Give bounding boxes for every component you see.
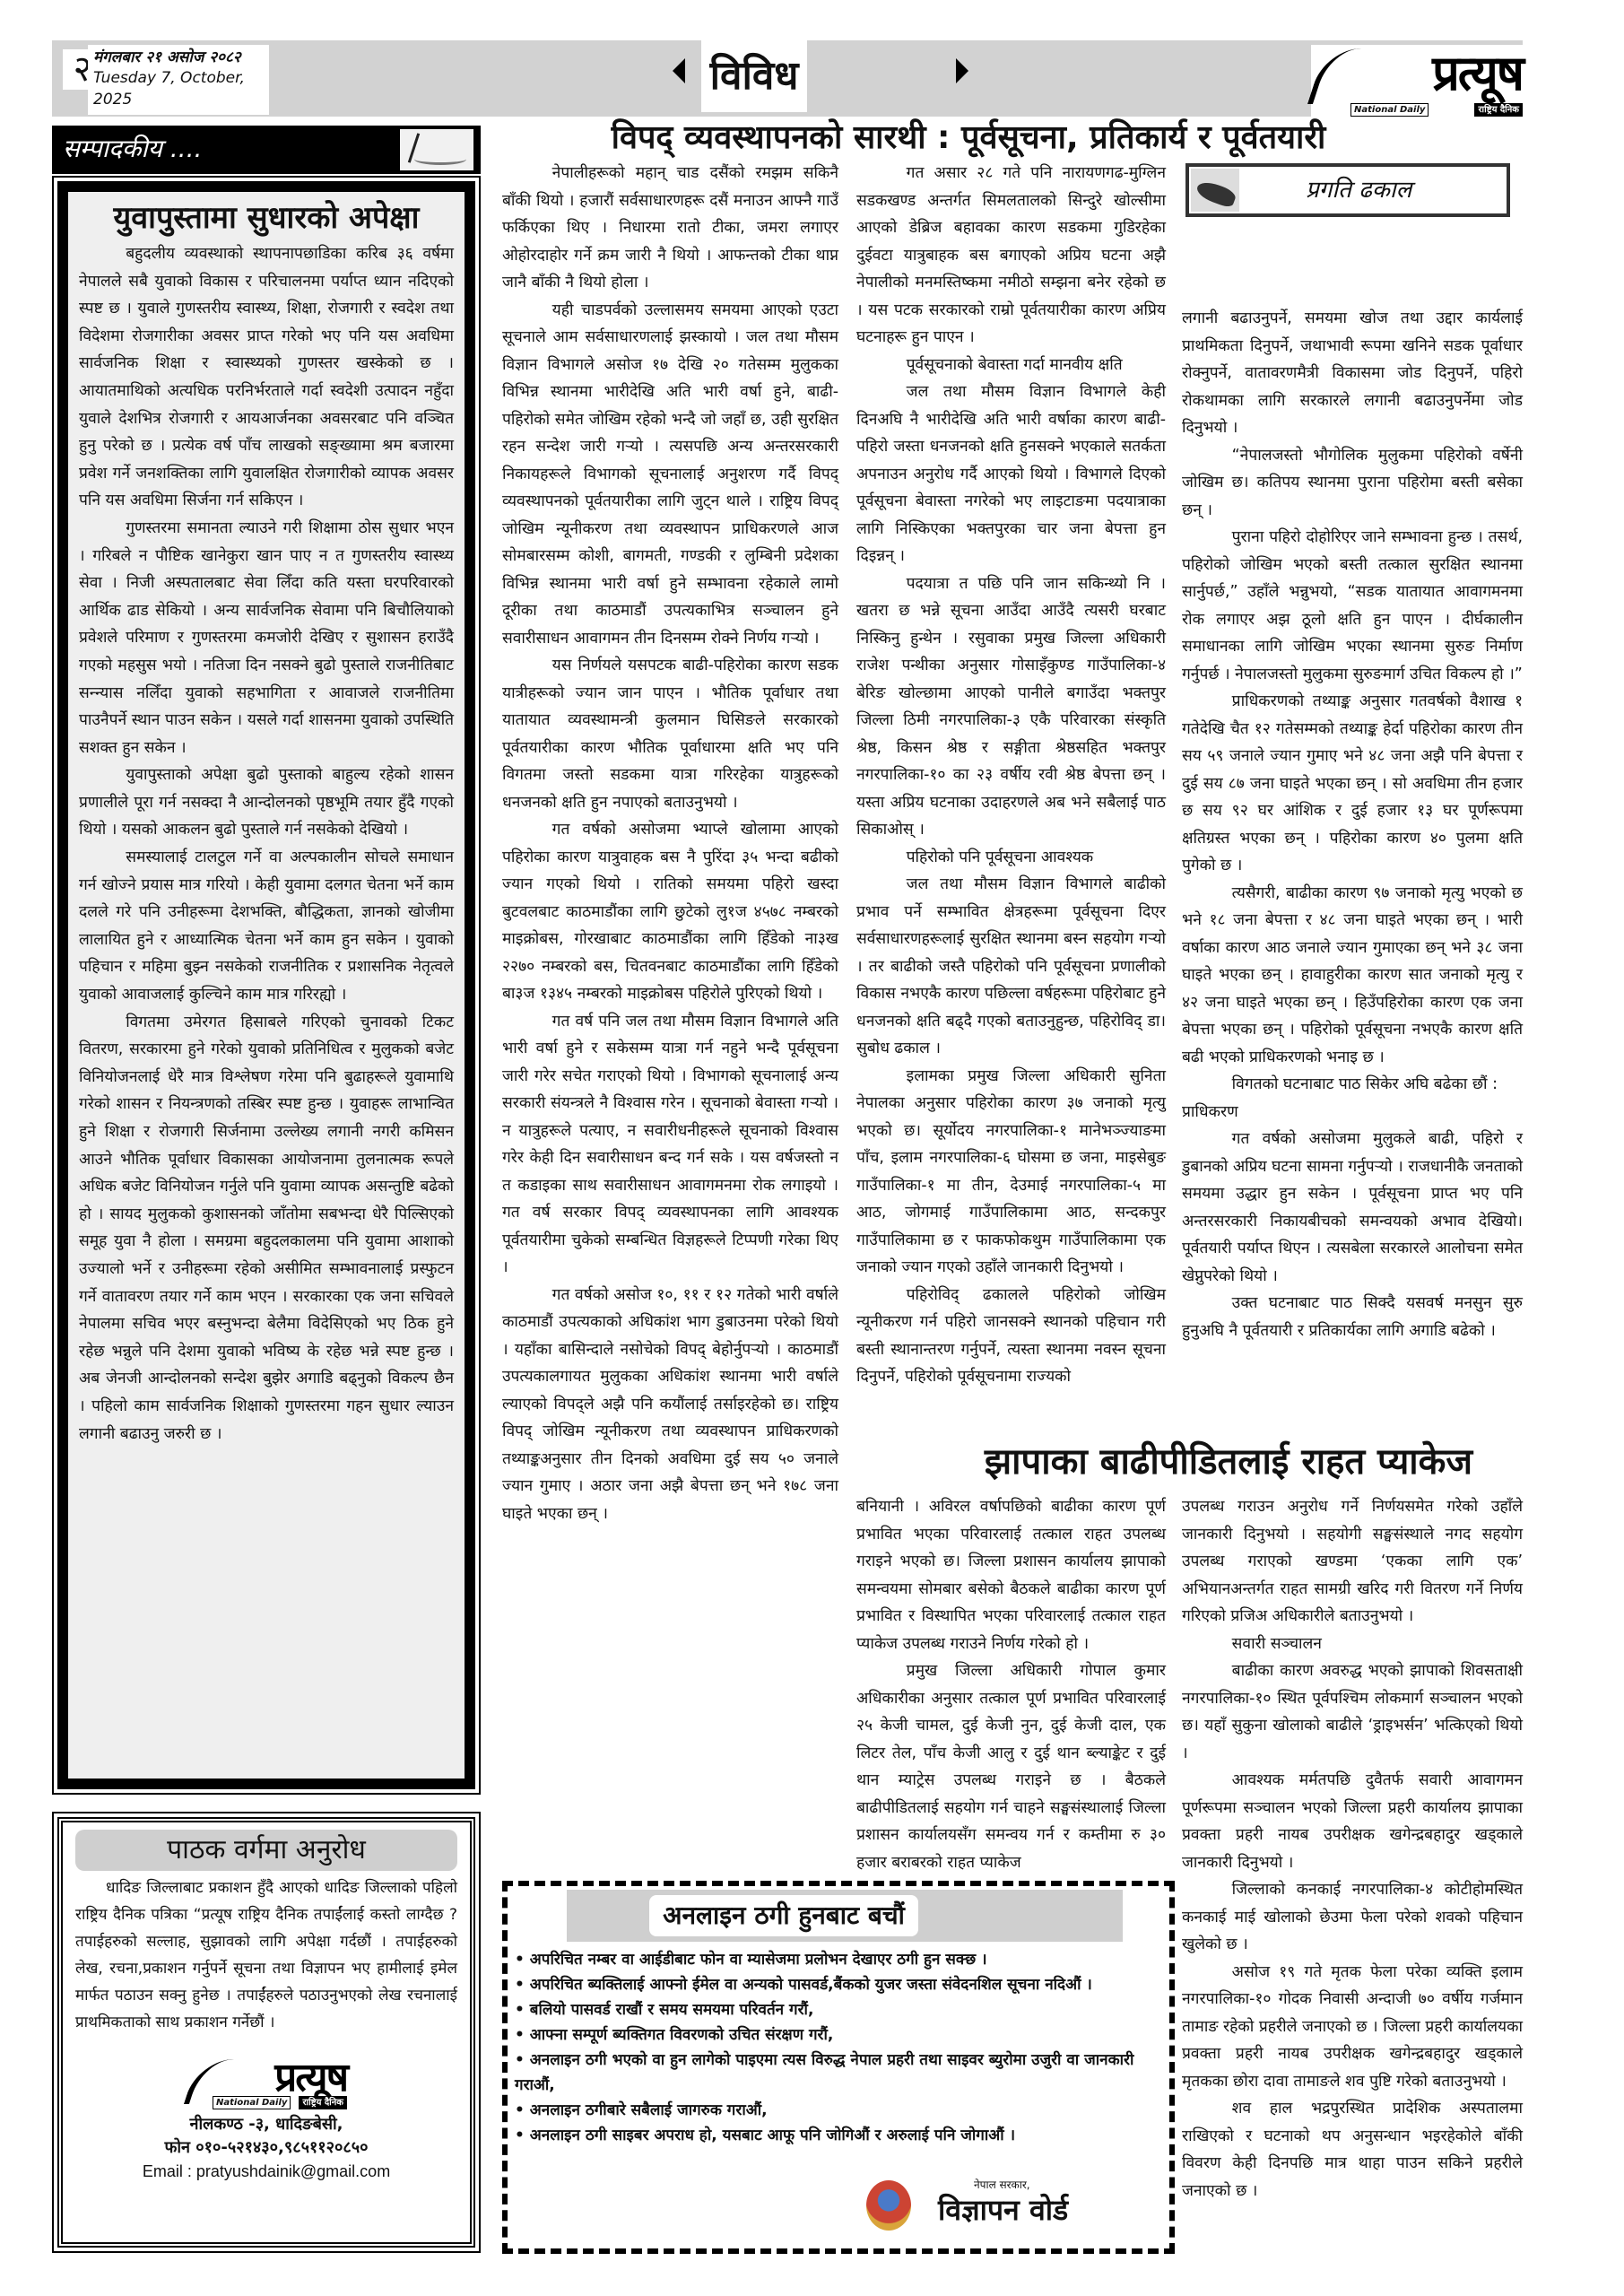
publisher-logo: प्रत्यूष National Daily राष्ट्रिय दैनिक xyxy=(186,2056,347,2109)
date-english: Tuesday 7, October, 2025 xyxy=(93,67,269,110)
reader-request-body: धादिङ जिल्लाबाट प्रकाशन हुँदै आएको धादिङ… xyxy=(75,1874,457,2036)
article-paragraph: उक्त घटनाबाट पाठ सिक्दै यसवर्ष मनसुन सुर… xyxy=(1182,1290,1523,1344)
triangle-right-icon xyxy=(956,58,968,83)
article-paragraph: यही चाडपर्वको उल्लासमय समयमा आएको एउटा स… xyxy=(502,297,838,653)
editorial-paragraph: गुणस्तरमा समानता ल्याउने गरी शिक्षामा ठो… xyxy=(79,515,454,761)
article-paragraph: पहिरोविद् ढकालले पहिरोको जोखिम न्यूनीकरण… xyxy=(856,1282,1166,1391)
fraud-notice-title: अनलाइन ठगी हुनबाट बचौं xyxy=(649,1895,918,1936)
article-paragraph: लगानी बढाउनुपर्ने, समयमा खोज तथा उद्दार … xyxy=(1182,305,1523,442)
article-paragraph: शव हाल भद्रपुरस्थित प्रादेशिक अस्पतालमा … xyxy=(1182,2095,1523,2205)
main-article-column-3: लगानी बढाउनुपर्ने, समयमा खोज तथा उद्दार … xyxy=(1182,305,1523,1344)
article-paragraph: यस निर्णयले यसपटक बाढी-पहिरोका कारण सडक … xyxy=(502,652,838,816)
article-subheading: पहिरोको पनि पूर्वसूचना आवश्यक xyxy=(856,844,1166,872)
article-paragraph: बनियानी । अविरल वर्षापछिको बाढीका कारण प… xyxy=(856,1493,1166,1657)
editorial-box: युवापुस्तामा सुधारको अपेक्षा बहुदलीय व्य… xyxy=(52,176,481,1795)
jhapa-article-title: झापाका बाढीपीडितलाई राहत प्याकेज xyxy=(933,1439,1524,1485)
article-paragraph: जिल्लाको कनकाई नगरपालिका-४ कोटीहोमस्थित … xyxy=(1182,1876,1523,1959)
fraud-notice-header: अनलाइन ठगी हुनबाट बचौं xyxy=(567,1890,1123,1942)
issuer-name: विज्ञापन वोर्ड xyxy=(938,2191,1068,2229)
editorial-paragraph: बहुदलीय व्यवस्थाको स्थापनापछाडिका करिब ३… xyxy=(79,240,454,515)
fraud-tip: बलियो पासवर्ड राखौं र समय समयमा परिवर्तन… xyxy=(515,1997,1169,2022)
issuer-government: नेपाल सरकार, xyxy=(974,2177,1030,2192)
issuer-block: नेपाल सरकार, विज्ञापन वोर्ड xyxy=(866,2173,1099,2236)
publisher-email[interactable]: Email : pratyushdainik@gmail.com xyxy=(75,2160,457,2183)
article-paragraph: जल तथा मौसम विज्ञान विभागले केही दिनअघि … xyxy=(856,378,1166,570)
article-paragraph: “नेपालजस्तो भौगोलिक मुलुकमा पहिरोको वर्ष… xyxy=(1182,442,1523,525)
article-paragraph: पदयात्रा त पछि पनि जान सकिन्थ्यो नि । खत… xyxy=(856,570,1166,844)
fraud-tip: अपरिचित नम्बर वा आईडीबाट फोन वा म्यासेजम… xyxy=(515,1947,1169,1972)
logo-tag-nepali: राष्ट्रिय दैनिक xyxy=(299,2096,347,2109)
fraud-tip: आफ्ना सम्पूर्ण ब्यक्तिगत विवरणको उचित सं… xyxy=(515,2022,1169,2048)
article-paragraph: नेपालीहरूको महान् चाड दसैंको रमझम सकिनै … xyxy=(502,160,838,297)
jhapa-article-column-1: बनियानी । अविरल वर्षापछिको बाढीका कारण प… xyxy=(856,1493,1166,1876)
article-paragraph: गत असार २८ गते पनि नारायणगढ-मुग्लिन सडकख… xyxy=(856,160,1166,352)
triangle-left-icon xyxy=(673,58,685,83)
editorial-body: बहुदलीय व्यवस्थाको स्थापनापछाडिका करिब ३… xyxy=(79,240,454,1448)
fraud-tip: अनलाइन ठगी साइबर अपराध हो, यसबाट आफू पनि… xyxy=(515,2123,1169,2148)
fraud-tips-list: अपरिचित नम्बर वा आईडीबाट फोन वा म्यासेजम… xyxy=(515,1947,1169,2148)
author-byline: प्रगति ढकाल xyxy=(1185,163,1510,217)
article-paragraph: इलामका प्रमुख जिल्ला अधिकारी सुनिता नेपा… xyxy=(856,1063,1166,1282)
editorial-paragraph: युवापुस्ताको अपेक्षा बुढो पुस्ताको बाहुल… xyxy=(79,761,454,844)
fraud-tip: अनलाइन ठगी भएको वा हुन लागेको पाइएमा त्य… xyxy=(515,2048,1169,2098)
masthead-tag-english: National Daily xyxy=(1350,103,1429,117)
article-paragraph: असोज १९ गते मृतक फेला परेका व्यक्ति इलाम… xyxy=(1182,1959,1523,2096)
editorial-paragraph: समस्यालाई टालटुल गर्ने वा अल्पकालीन सोचल… xyxy=(79,844,454,1009)
article-paragraph: पुराना पहिरो दोहोरिएर जाने सम्भावना हुन्… xyxy=(1182,524,1523,688)
logo-tag-english: National Daily xyxy=(213,2096,291,2109)
feather-icon xyxy=(1307,48,1361,104)
online-fraud-notice: अनलाइन ठगी हुनबाट बचौं अपरिचित नम्बर वा … xyxy=(502,1881,1175,2254)
nepal-emblem-icon xyxy=(866,2180,911,2231)
article-subheading: पूर्वसूचनाको बेवास्ता गर्दा मानवीय क्षति xyxy=(856,352,1166,379)
date-block: मंगलबार २१ असोज २०८२ Tuesday 7, October,… xyxy=(88,45,269,115)
article-paragraph: गत वर्षको असोजमा मुलुकले बाढी, पहिरो र ड… xyxy=(1182,1126,1523,1290)
article-paragraph: त्यसैगरी, बाढीका कारण ९७ जनाको मृत्यु भए… xyxy=(1182,880,1523,1072)
editorial-label: सम्पादकीय .... xyxy=(63,131,202,165)
section-title: विविध xyxy=(701,40,807,112)
article-paragraph: आवश्यक मर्मतपछि दुवैतर्फ सवारी आवागमन पू… xyxy=(1182,1767,1523,1876)
masthead-logo: प्रत्यूष National Daily राष्ट्रिय दैनिक xyxy=(1311,45,1523,117)
pen-icon xyxy=(400,129,473,170)
masthead-name: प्रत्यूष xyxy=(1432,45,1523,102)
reader-request-title: पाठक वर्गमा अनुरोध xyxy=(75,1830,457,1871)
article-paragraph: गत वर्षको असोजमा भ्याप्ले खोलामा आएको पह… xyxy=(502,816,838,1008)
section-label: विविध xyxy=(673,40,968,112)
main-article-column-1: नेपालीहरूको महान् चाड दसैंको रमझम सकिनै … xyxy=(502,160,838,1527)
editorial-inner: युवापुस्तामा सुधारको अपेक्षा बहुदलीय व्य… xyxy=(57,181,475,1789)
main-article-column-2: गत असार २८ गते पनि नारायणगढ-मुग्लिन सडकख… xyxy=(856,160,1166,1391)
article-subheading: विगतको घटनाबाट पाठ सिकेर अघि बढेका छौं :… xyxy=(1182,1071,1523,1126)
writing-hand-icon xyxy=(1191,169,1239,212)
article-paragraph: गत वर्षको असोज १०, ११ र १२ गतेको भारी वर… xyxy=(502,1282,838,1528)
reader-request-box: पाठक वर्गमा अनुरोध धादिङ जिल्लाबाट प्रका… xyxy=(52,1812,481,2253)
article-paragraph: प्राधिकरणको तथ्याङ्क अनुसार गतवर्षको वैश… xyxy=(1182,688,1523,880)
jhapa-article-column-2: उपलब्ध गराउन अनुरोध गर्ने निर्णयसमेत गरे… xyxy=(1182,1493,1523,2205)
article-paragraph: बाढीका कारण अवरुद्ध भएको झापाको शिवसताक्… xyxy=(1182,1657,1523,1767)
publisher-address: नीलकण्ठ -३, धादिङबेसी, xyxy=(75,2113,457,2136)
article-paragraph: जल तथा मौसम विज्ञान विभागले बाढीको प्रभा… xyxy=(856,871,1166,1063)
fraud-tip: अनलाइन ठगीबारे सबैलाई जागरुक गराऔं, xyxy=(515,2098,1169,2123)
editorial-paragraph: विगतमा उमेरगत हिसाबले गरिएको चुनावको टिक… xyxy=(79,1009,454,1448)
masthead-tag-nepali: राष्ट्रिय दैनिक xyxy=(1474,103,1523,117)
author-name: प्रगति ढकाल xyxy=(1306,172,1411,204)
article-subheading: सवारी सञ्चालन xyxy=(1182,1631,1523,1658)
editorial-header: सम्पादकीय .... xyxy=(52,126,481,174)
reader-request-inner: पाठक वर्गमा अनुरोध धादिङ जिल्लाबाट प्रका… xyxy=(57,1817,475,2248)
logo-name: प्रत्यूष xyxy=(274,2056,347,2100)
article-paragraph: प्रमुख जिल्ला अधिकारी गोपाल कुमार अधिकार… xyxy=(856,1657,1166,1876)
fraud-tip: अपरिचित ब्यक्तिलाई आफ्नो ईमेल वा अन्यको … xyxy=(515,1972,1169,1997)
date-nepali: मंगलबार २१ असोज २०८२ xyxy=(93,48,269,67)
article-paragraph: उपलब्ध गराउन अनुरोध गर्ने निर्णयसमेत गरे… xyxy=(1182,1493,1523,1631)
main-article-title: विपद् व्यवस्थापनको सारथी : पूर्वसूचना, प… xyxy=(502,118,1435,158)
article-paragraph: गत वर्ष पनि जल तथा मौसम विज्ञान विभागले … xyxy=(502,1008,838,1282)
publisher-phone: फोन ०१०-५२१४३०,९८५११२०८५० xyxy=(75,2136,457,2160)
editorial-title: युवापुस्तामा सुधारको अपेक्षा xyxy=(79,197,454,239)
